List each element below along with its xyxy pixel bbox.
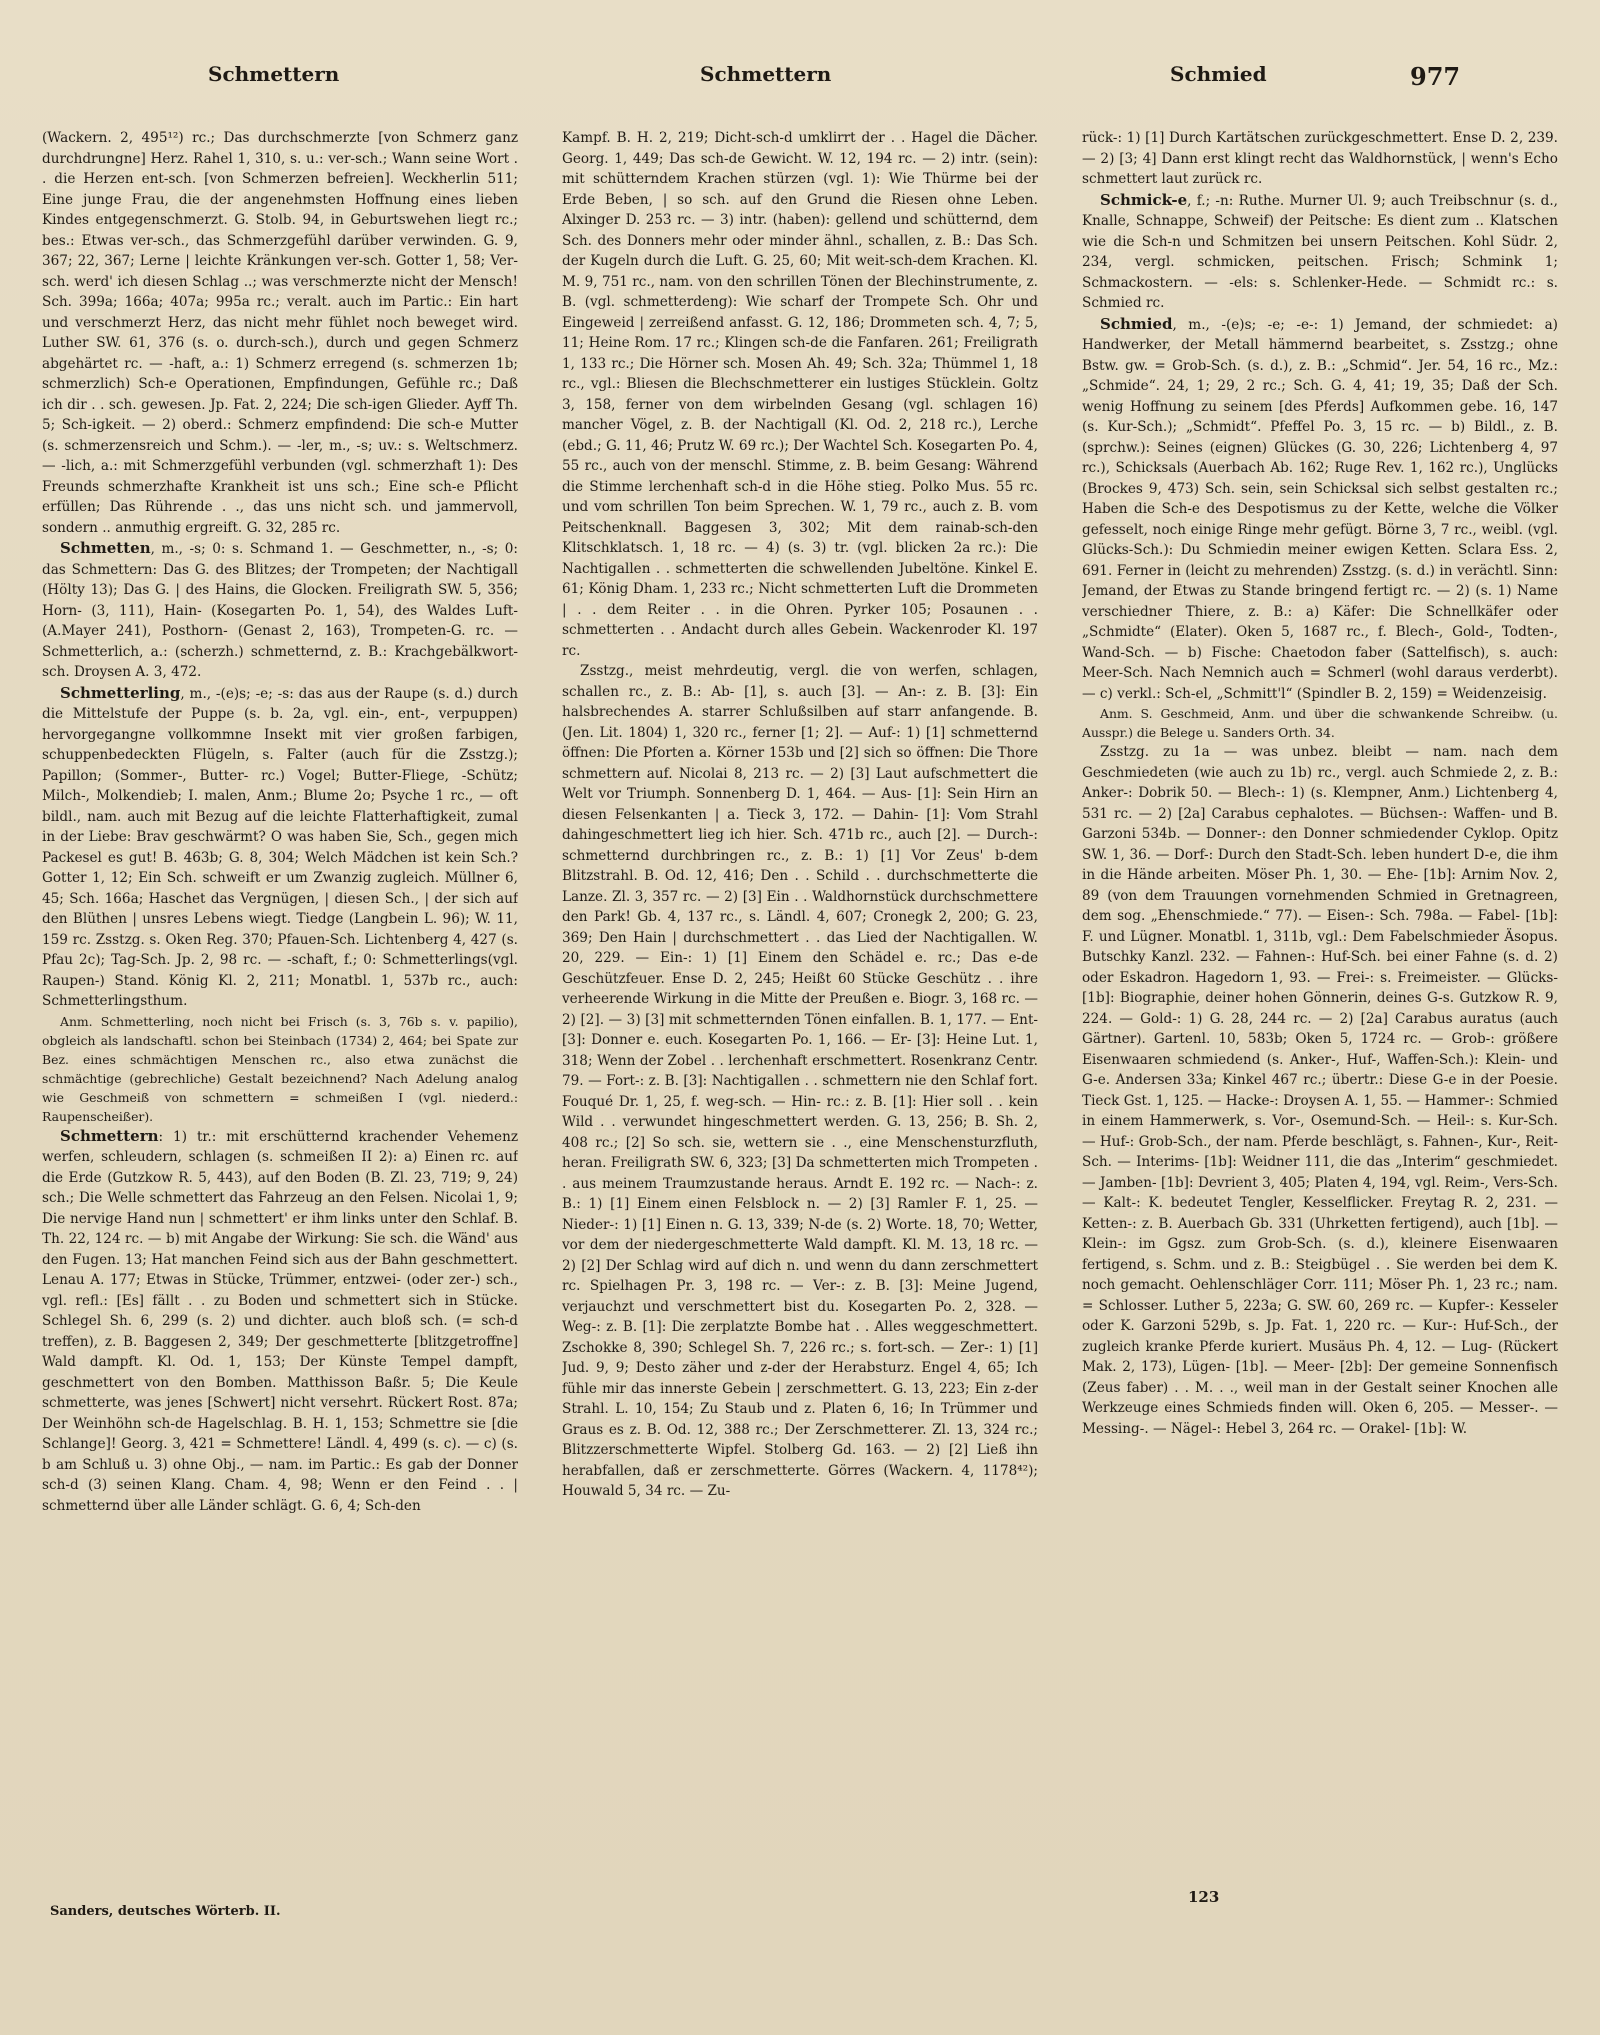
entry-lemma: Schmied [1100, 315, 1172, 333]
entry-lemma: Schmetterling [60, 684, 180, 702]
entry-text: , m., -(e)s; -e; -s: das aus der Raupe (… [42, 686, 518, 1010]
entry-lemma: Schmetten [60, 539, 151, 557]
entry-lemma: Schmick-e [1100, 191, 1187, 209]
entry-text: : 1) tr.: mit erschütternd krachender Ve… [42, 1129, 518, 1514]
column-middle: Kampf. B. H. 2, 219; Dicht-sch-d umklirr… [562, 128, 1038, 1888]
entry: (Wackern. 2, 495¹²) rc.; Das durchschmer… [42, 128, 518, 538]
running-header: Schmettern Schmettern Schmied 977 [0, 62, 1600, 92]
entry-text: rück-: 1) [1] Durch Kartätschen zurückge… [1082, 130, 1558, 187]
entry-text: Anm. S. Geschmeid, Anm. und über die sch… [1082, 706, 1558, 740]
entry: Schmetten, m., -s; 0: s. Schmand 1. — Ge… [42, 538, 518, 683]
column-left: (Wackern. 2, 495¹²) rc.; Das durchschmer… [42, 128, 518, 1888]
entry-compounds: Zsstzg. zu 1a — was unbez. bleibt — nam.… [1082, 742, 1558, 1439]
entry-text: , m., -(e)s; -e; -e-: 1) Jemand, der sch… [1082, 317, 1558, 702]
entry-text: Zsstzg. zu 1a — was unbez. bleibt — nam.… [1082, 744, 1558, 1437]
entry-text: , f.; -n: Ruthe. Murner Ul. 9; auch Trei… [1082, 193, 1558, 312]
entry: Schmick-e, f.; -n: Ruthe. Murner Ul. 9; … [1082, 190, 1558, 314]
entry: rück-: 1) [1] Durch Kartätschen zurückge… [1082, 128, 1558, 190]
text-columns: (Wackern. 2, 495¹²) rc.; Das durchschmer… [42, 128, 1558, 1888]
entry: Schmettern: 1) tr.: mit erschütternd kra… [42, 1126, 518, 1517]
page-number: 977 [1410, 62, 1460, 91]
entry: Schmetterling, m., -(e)s; -e; -s: das au… [42, 683, 518, 1012]
signature-mark: 123 [1188, 1888, 1219, 1906]
entry: Kampf. B. H. 2, 219; Dicht-sch-d umklirr… [562, 128, 1038, 661]
entry-lemma: Schmettern [60, 1127, 159, 1145]
dictionary-page: Schmettern Schmettern Schmied 977 (Wacke… [0, 0, 1600, 2035]
imprint-line: Sanders, deutsches Wörterb. II. [50, 1904, 280, 1919]
left-catchword: Schmettern [208, 62, 339, 86]
entry-compounds: Zsstzg., meist mehrdeutig, vergl. die vo… [562, 661, 1038, 1502]
entry-text: Anm. Schmetterling, noch nicht bei Frisc… [42, 1014, 518, 1124]
entry-text: Zsstzg., meist mehrdeutig, vergl. die vo… [562, 663, 1038, 1499]
right-catchword: Schmied [1170, 62, 1267, 86]
entry-text: , m., -s; 0: s. Schmand 1. — Geschmetter… [42, 541, 518, 680]
entry-note: Anm. S. Geschmeid, Anm. und über die sch… [1082, 704, 1558, 742]
entry-text: Kampf. B. H. 2, 219; Dicht-sch-d umklirr… [562, 130, 1038, 659]
entry-text: (Wackern. 2, 495¹²) rc.; Das durchschmer… [42, 130, 518, 536]
entry-note: Anm. Schmetterling, noch nicht bei Frisc… [42, 1012, 518, 1126]
entry: Schmied, m., -(e)s; -e; -e-: 1) Jemand, … [1082, 314, 1558, 705]
column-right: rück-: 1) [1] Durch Kartätschen zurückge… [1082, 128, 1558, 1888]
center-catchword: Schmettern [700, 62, 831, 86]
